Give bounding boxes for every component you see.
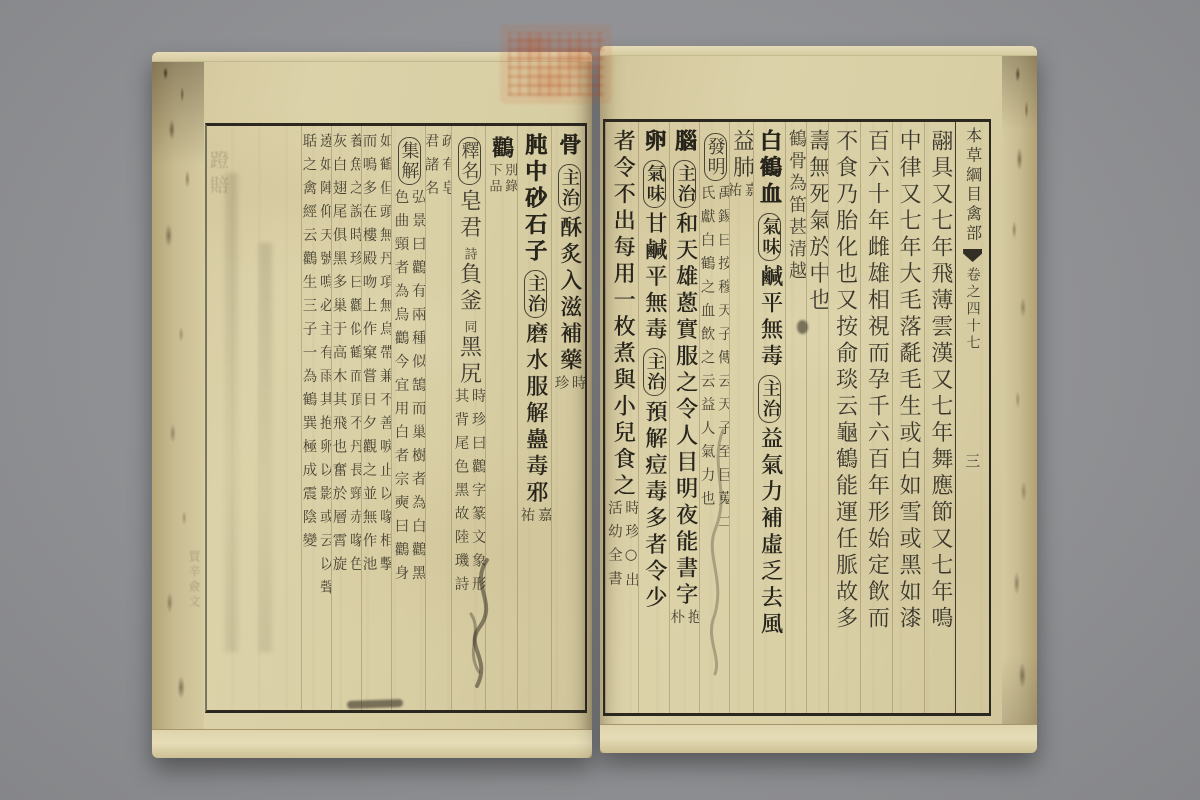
- annotation-line: 嘉: [742, 182, 752, 206]
- annotation-pair: 時珍曰鸛字篆文象形其背尾色黑故陸璣詩: [452, 388, 484, 600]
- text-frame: 骨主治酥炙入滋補藥時珍肫中砂石子主治磨水服解蠱毒邪嘉祐鸛別錄下品釋名皂君詩負釜同…: [205, 123, 587, 713]
- text-column: 中律又七年大毛落氄毛生或白如雪或黑如漆: [892, 122, 924, 713]
- section-label: 集解: [398, 137, 421, 185]
- annotation-line: 別錄: [503, 163, 517, 195]
- text-column: 鸛別錄下品: [485, 126, 517, 710]
- column-text: 磨水服解蠱毒邪: [523, 322, 548, 508]
- section-label: 釋名: [458, 137, 481, 185]
- section-label: 氣味: [758, 213, 781, 261]
- page-edge-right: [1002, 46, 1037, 753]
- page-top-edge: [152, 52, 592, 62]
- spine-title-column: 本草綱目禽部 卷之四十七 三: [955, 122, 989, 713]
- text-column: 肫中砂石子主治磨水服解蠱毒邪嘉祐: [517, 126, 551, 710]
- text-column: 壽無死氣於中也: [806, 122, 828, 713]
- annotation-line: 抱: [685, 609, 699, 633]
- photograph-background: 蹬賠 買辛僉文 骨主治酥炙入滋補藥時珍肫中砂石子主治磨水服解蠱毒邪嘉祐鸛別錄下品…: [0, 0, 1200, 800]
- annotation-pair: 禹錫曰按穆天子傳云天子至巨蒐二氏獻白鶴之血飲之云益人氣力也: [699, 185, 729, 538]
- right-page-columns: 本草綱目禽部 卷之四十七 三 翮具又七年飛薄雲漢又七年舞應節又七年鳴中律又七年大…: [605, 122, 989, 713]
- text-frame: 本草綱目禽部 卷之四十七 三 翮具又七年飛薄雲漢又七年舞應節又七年鳴中律又七年大…: [603, 119, 991, 716]
- annotation-line: 祐: [729, 182, 740, 206]
- annotation-line: 活幼全書: [606, 500, 621, 596]
- annotation-line: 色曲頸者為烏鸛今宜用白者宗奭曰鸛身: [392, 189, 407, 589]
- text-column: 益肺嘉祐: [729, 122, 753, 713]
- text-column: 腦主治和天雄蔥實服之令人目明夜能書字抱朴: [669, 122, 700, 713]
- annotation-line: 嘉: [536, 507, 551, 531]
- column-text: 甘鹹平無毒: [642, 212, 667, 345]
- volume-number: 卷之四十七: [966, 267, 980, 352]
- annotation-pair: 時珍○出活幼全書: [606, 500, 638, 596]
- column-text: 皂君: [457, 189, 482, 242]
- annotation-line: 朴: [669, 609, 684, 633]
- annotation-line: 如鶴但頭無丹項無烏帶兼不善唳止以喙相擊: [378, 133, 392, 580]
- column-text: 壽無死氣於中也: [806, 129, 828, 315]
- annotation-line: 時珍曰鸛字篆文象形: [470, 388, 485, 600]
- text-column: 集解弘景曰鸛有兩種似鵠而巢樹者為白鸛黑色曲頸者為烏鸛今宜用白者宗奭曰鸛身: [391, 126, 425, 710]
- left-page-columns: 骨主治酥炙入滋補藥時珍肫中砂石子主治磨水服解蠱毒邪嘉祐鸛別錄下品釋名皂君詩負釜同…: [207, 126, 585, 710]
- annotation-line: 下品: [487, 163, 501, 195]
- text-column: 者令不出每用一枚煮與小兒食之時珍○出活幼全書: [605, 122, 638, 713]
- annotation-line: 灰白翅尾俱黑多巢于高木其飛也奮於層霄旋: [331, 133, 346, 580]
- column-text: 翮具又七年飛薄雲漢又七年舞應節又七年鳴: [928, 129, 953, 633]
- part-name: 肫中砂石子: [522, 133, 548, 266]
- text-column: 白鶴血氣味鹹平無毒主治益氣力補虛乏去風: [753, 122, 785, 713]
- column-text: 百六十年雌雄相視而孕千六百年形始定飲而: [864, 129, 889, 633]
- source-note: 詩: [462, 247, 477, 262]
- text-column: 疏有皂君諸名: [425, 126, 451, 710]
- annotation-pair: 抱朴: [669, 609, 700, 633]
- column-text: 黑尻: [457, 335, 482, 388]
- annotation-pair: 遶如陣仰天號鳴必主有雨其抱卵以影或云以聲聒之禽經云鸛生三子一為鶴巽極成震陰變: [301, 133, 331, 603]
- column-text: 鶴骨為笛甚清越: [786, 129, 806, 283]
- folio-number: 三: [965, 450, 980, 471]
- left-page: 蹬賠 買辛僉文 骨主治酥炙入滋補藥時珍肫中砂石子主治磨水服解蠱毒邪嘉祐鸛別錄下品…: [152, 52, 592, 758]
- fishtail-mark: [963, 249, 982, 262]
- annotation-line: 時珍○出: [623, 500, 638, 596]
- column-text: 負釜: [457, 262, 482, 315]
- annotation-line: 弘景曰鸛有兩種似鵠而巢樹者為白鸛黑: [410, 189, 425, 589]
- annotation-line: 珍: [552, 375, 567, 399]
- text-column: 骨主治酥炙入滋補藥時珍: [551, 126, 585, 710]
- text-column: 如鶴但頭無丹項無烏帶兼不善唳止以喙相擊而鳴多在樓殿吻上作窠嘗日夕觀之並無作池: [361, 126, 391, 710]
- annotation-line: 遶如陣仰天號鳴必主有雨其抱卵以影或云以聲: [318, 133, 332, 603]
- text-column: 不食乃胎化也又按俞琰云龜鶴能運任脈故多: [828, 122, 860, 713]
- page-top-edge: [600, 46, 1037, 56]
- page-bottom-edge: [600, 724, 1037, 753]
- annotation-pair: 時珍: [552, 375, 584, 399]
- section-label: 主治: [673, 160, 696, 208]
- annotation-pair: 嘉祐: [518, 507, 550, 531]
- page-bottom-edge: [152, 729, 592, 758]
- annotation-line: 祐: [518, 507, 533, 531]
- text-column: 卵氣味甘鹹平無毒主治預解痘毒多者令少: [638, 122, 669, 713]
- annotation-pair: 疏有皂君諸名: [425, 133, 451, 204]
- text-column: 翮具又七年飛薄雲漢又七年舞應節又七年鳴: [924, 122, 956, 713]
- column-text: 益肺: [729, 129, 752, 182]
- page-edge-left: [152, 52, 204, 758]
- section-label: 發明: [704, 133, 727, 181]
- annotation-line: 其背尾色黑故陸璣詩: [452, 388, 467, 600]
- part-name: 腦: [671, 129, 697, 156]
- text-column: 遶如陣仰天號鳴必主有雨其抱卵以影或云以聲聒之禽經云鸛生三子一為鶴巽極成震陰變: [301, 126, 331, 710]
- annotation-pair: 如鶴但頭無丹項無烏帶兼不善唳止以喙相擊而鳴多在樓殿吻上作窠嘗日夕觀之並無作池: [361, 133, 391, 580]
- text-column: 鶴骨為笛甚清越: [785, 122, 807, 713]
- entry-source-note: 別錄下品: [487, 163, 516, 195]
- annotation-line: 氏獻白鶴之血飲之云益人氣力也: [699, 185, 713, 538]
- part-name: 白鶴血: [756, 129, 782, 209]
- column-text: 鹹平無毒: [757, 265, 782, 371]
- section-label: 氣味: [643, 160, 666, 208]
- column-text: 不食乃胎化也又按俞琰云龜鶴能運任脈故多: [833, 129, 858, 633]
- column-text: 酥炙入滋補藥: [557, 216, 582, 375]
- annotation-line: 禹錫曰按穆天子傳云天子至巨蒐二: [716, 185, 729, 538]
- book-title: 本草綱目禽部: [965, 127, 981, 244]
- annotation-pair: 養魚之說時珍曰鸛似鶴而頂不丹長頸赤喙色灰白翅尾俱黑多巢于高木其飛也奮於層霄旋: [331, 133, 361, 580]
- right-page: 本草綱目禽部 卷之四十七 三 翮具又七年飛薄雲漢又七年舞應節又七年鳴中律又七年大…: [600, 46, 1037, 753]
- annotation-line: 君諸名: [425, 133, 438, 204]
- annotation-line: 時: [570, 375, 585, 399]
- text-column: 釋名皂君詩負釜同黑尻時珍曰鸛字篆文象形其背尾色黑故陸璣詩: [451, 126, 485, 710]
- annotation-line: 養魚之說時珍曰鸛似鶴而頂不丹長頸赤喙色: [348, 133, 362, 580]
- section-label: 主治: [558, 164, 581, 212]
- annotation-pair: 弘景曰鸛有兩種似鵠而巢樹者為白鸛黑色曲頸者為烏鸛今宜用白者宗奭曰鸛身: [392, 189, 424, 589]
- bleed-through-text: 買辛僉文: [188, 550, 200, 610]
- annotation-line: 聒之禽經云鸛生三子一為鶴巽極成震陰變: [301, 133, 316, 603]
- text-column: 發明禹錫曰按穆天子傳云天子至巨蒐二氏獻白鶴之血飲之云益人氣力也: [699, 122, 729, 713]
- part-name: 卵: [641, 129, 667, 156]
- section-label: 主治: [643, 348, 666, 396]
- text-column: 百六十年雌雄相視而孕千六百年形始定飲而: [860, 122, 892, 713]
- column-text: 預解痘毒多者令少: [642, 400, 667, 612]
- text-column: 養魚之說時珍曰鸛似鶴而頂不丹長頸赤喙色灰白翅尾俱黑多巢于高木其飛也奮於層霄旋: [331, 126, 361, 710]
- column-text: 益氣力補虛乏去風: [757, 427, 782, 639]
- annotation-line: 而鳴多在樓殿吻上作窠嘗日夕觀之並無作池: [361, 133, 376, 580]
- column-text: 中律又七年大毛落氄毛生或白如雪或黑如漆: [896, 129, 921, 633]
- column-text: 者令不出每用一枚煮與小兒食之: [610, 129, 635, 500]
- annotation-pair: 嘉祐: [729, 182, 753, 206]
- annotation-line: 疏有皂: [440, 133, 452, 204]
- column-text: 和天雄蔥實服之令人目明夜能書字: [672, 212, 697, 610]
- section-label: 主治: [524, 270, 547, 318]
- part-name: 骨: [556, 133, 582, 160]
- entry-name: 鸛: [491, 136, 513, 163]
- source-note: 同: [462, 320, 477, 335]
- section-label: 主治: [758, 375, 781, 423]
